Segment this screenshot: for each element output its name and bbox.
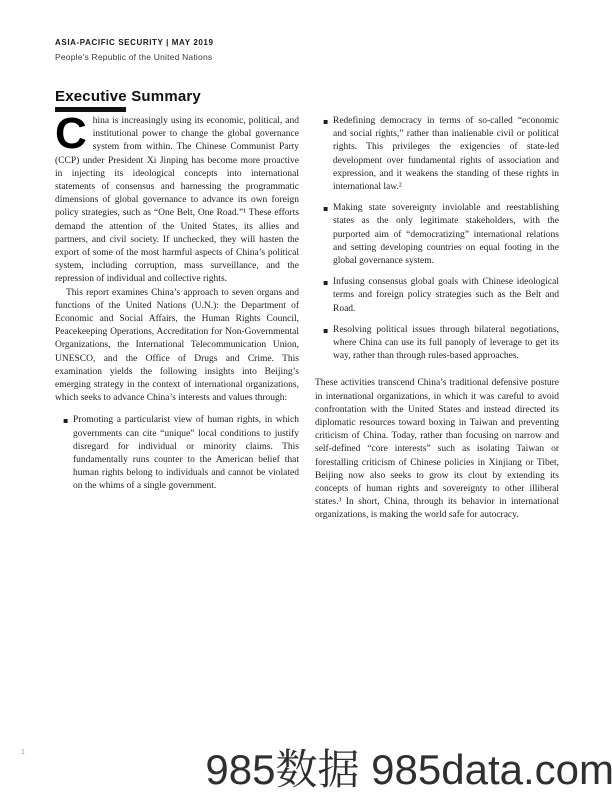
report-title: People's Republic of the United Nations (55, 52, 214, 62)
opening-paragraph: China is increasingly using its economic… (55, 115, 299, 287)
square-bullet-icon: ▪ (323, 115, 328, 128)
left-column: China is increasingly using its economic… (55, 115, 299, 523)
opening-paragraph-text: hina is increasingly using its economic,… (55, 116, 299, 284)
watermark-text: 985数据 985data.com (205, 737, 612, 792)
report-series-label: ASIA-PACIFIC SECURITY | MAY 2019 (55, 38, 214, 47)
second-paragraph: This report examines China’s approach to… (55, 287, 299, 406)
list-item: ▪ Making state sovereignty inviolable an… (315, 202, 559, 268)
list-item: ▪ Infusing consensus global goals with C… (315, 276, 559, 316)
square-bullet-icon: ▪ (323, 202, 328, 215)
square-bullet-icon: ▪ (323, 324, 328, 337)
list-item: ▪ Redefining democracy in terms of so-ca… (315, 115, 559, 194)
section-title: Executive Summary (55, 88, 201, 105)
right-bullet-list: ▪ Redefining democracy in terms of so-ca… (315, 115, 559, 363)
list-item: ▪ Promoting a particularist view of huma… (55, 414, 299, 493)
page-number: 1 (21, 749, 25, 756)
closing-paragraph: These activities transcend China’s tradi… (315, 377, 559, 522)
dropcap-letter: C (55, 116, 87, 152)
bullet-text: Resolving political issues through bilat… (333, 325, 559, 361)
bullet-text: Promoting a particularist view of human … (73, 415, 299, 491)
right-column: ▪ Redefining democracy in terms of so-ca… (315, 115, 559, 523)
bullet-text: Infusing consensus global goals with Chi… (333, 277, 559, 313)
page-header: ASIA-PACIFIC SECURITY | MAY 2019 People'… (55, 38, 214, 62)
left-bullet-list: ▪ Promoting a particularist view of huma… (55, 414, 299, 493)
square-bullet-icon: ▪ (323, 276, 328, 289)
square-bullet-icon: ▪ (63, 414, 68, 427)
bullet-text: Redefining democracy in terms of so-call… (333, 116, 559, 192)
report-page: ASIA-PACIFIC SECURITY | MAY 2019 People'… (0, 0, 612, 792)
bullet-text: Making state sovereignty inviolable and … (333, 203, 559, 266)
list-item: ▪ Resolving political issues through bil… (315, 324, 559, 364)
body-columns: China is increasingly using its economic… (55, 115, 559, 523)
